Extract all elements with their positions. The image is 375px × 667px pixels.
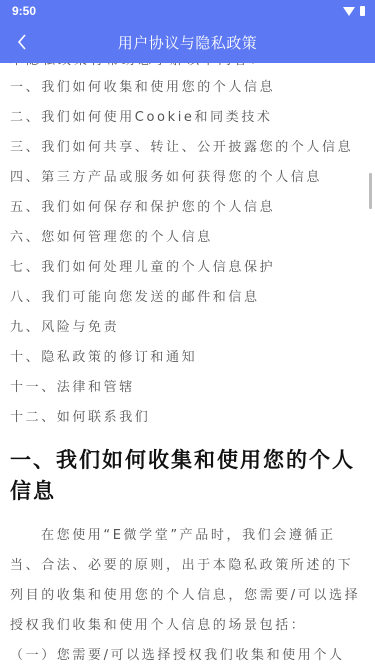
- toc-item[interactable]: 一、我们如何收集和使用您的个人信息: [10, 73, 365, 103]
- toc-item[interactable]: 十、隐私政策的修订和通知: [10, 343, 365, 373]
- status-time: 9:50: [12, 4, 36, 18]
- toc-item[interactable]: 五、我们如何保存和保护您的个人信息: [10, 193, 365, 223]
- toc-item[interactable]: 九、风险与免责: [10, 313, 365, 343]
- scroll-container: 本隐私政策将帮助您了解以下内容： 一、我们如何收集和使用您的个人信息 二、我们如…: [0, 63, 375, 667]
- toc-item[interactable]: 四、第三方产品或服务如何获得您的个人信息: [10, 163, 365, 193]
- toc-item[interactable]: 二、我们如何使用Cookie和同类技术: [10, 103, 365, 133]
- page-title: 用户协议与隐私政策: [118, 32, 258, 53]
- section-paragraph: 在您使用“E微学堂”产品时，我们会遵循正当、合法、必要的原则，出于本隐私政策所述…: [10, 521, 365, 641]
- battery-icon: [360, 6, 365, 16]
- scrollbar[interactable]: [369, 173, 372, 209]
- section-heading: 一、我们如何收集和使用您的个人信息: [10, 445, 365, 507]
- status-bar: 9:50: [0, 0, 375, 22]
- toc-item[interactable]: 十二、如何联系我们: [10, 403, 365, 433]
- back-button[interactable]: [10, 30, 34, 54]
- top-bar: 9:50 用户协议与隐私政策: [0, 0, 375, 63]
- toc-item[interactable]: 八、我们可能向您发送的邮件和信息: [10, 283, 365, 313]
- intro-text: 本隐私政策将帮助您了解以下内容：: [10, 63, 365, 73]
- table-of-contents: 一、我们如何收集和使用您的个人信息 二、我们如何使用Cookie和同类技术 三、…: [10, 73, 365, 433]
- chevron-left-icon: [16, 33, 28, 51]
- wifi-icon: [343, 7, 355, 16]
- status-icons: [343, 6, 365, 16]
- toc-item[interactable]: 十一、法律和管辖: [10, 373, 365, 403]
- toc-item[interactable]: 七、我们如何处理儿童的个人信息保护: [10, 253, 365, 283]
- toc-item[interactable]: 三、我们如何共享、转让、公开披露您的个人信息: [10, 133, 365, 163]
- nav-bar: 用户协议与隐私政策: [0, 22, 375, 63]
- app-screen: 9:50 用户协议与隐私政策 本隐私政策将帮助您了解以下内容： 一、我们如何收集…: [0, 0, 375, 667]
- toc-item[interactable]: 六、您如何管理您的个人信息: [10, 223, 365, 253]
- subsection-text: （一）您需要/可以选择授权我们收集和使用个人: [10, 641, 365, 667]
- policy-content[interactable]: 本隐私政策将帮助您了解以下内容： 一、我们如何收集和使用您的个人信息 二、我们如…: [0, 63, 375, 667]
